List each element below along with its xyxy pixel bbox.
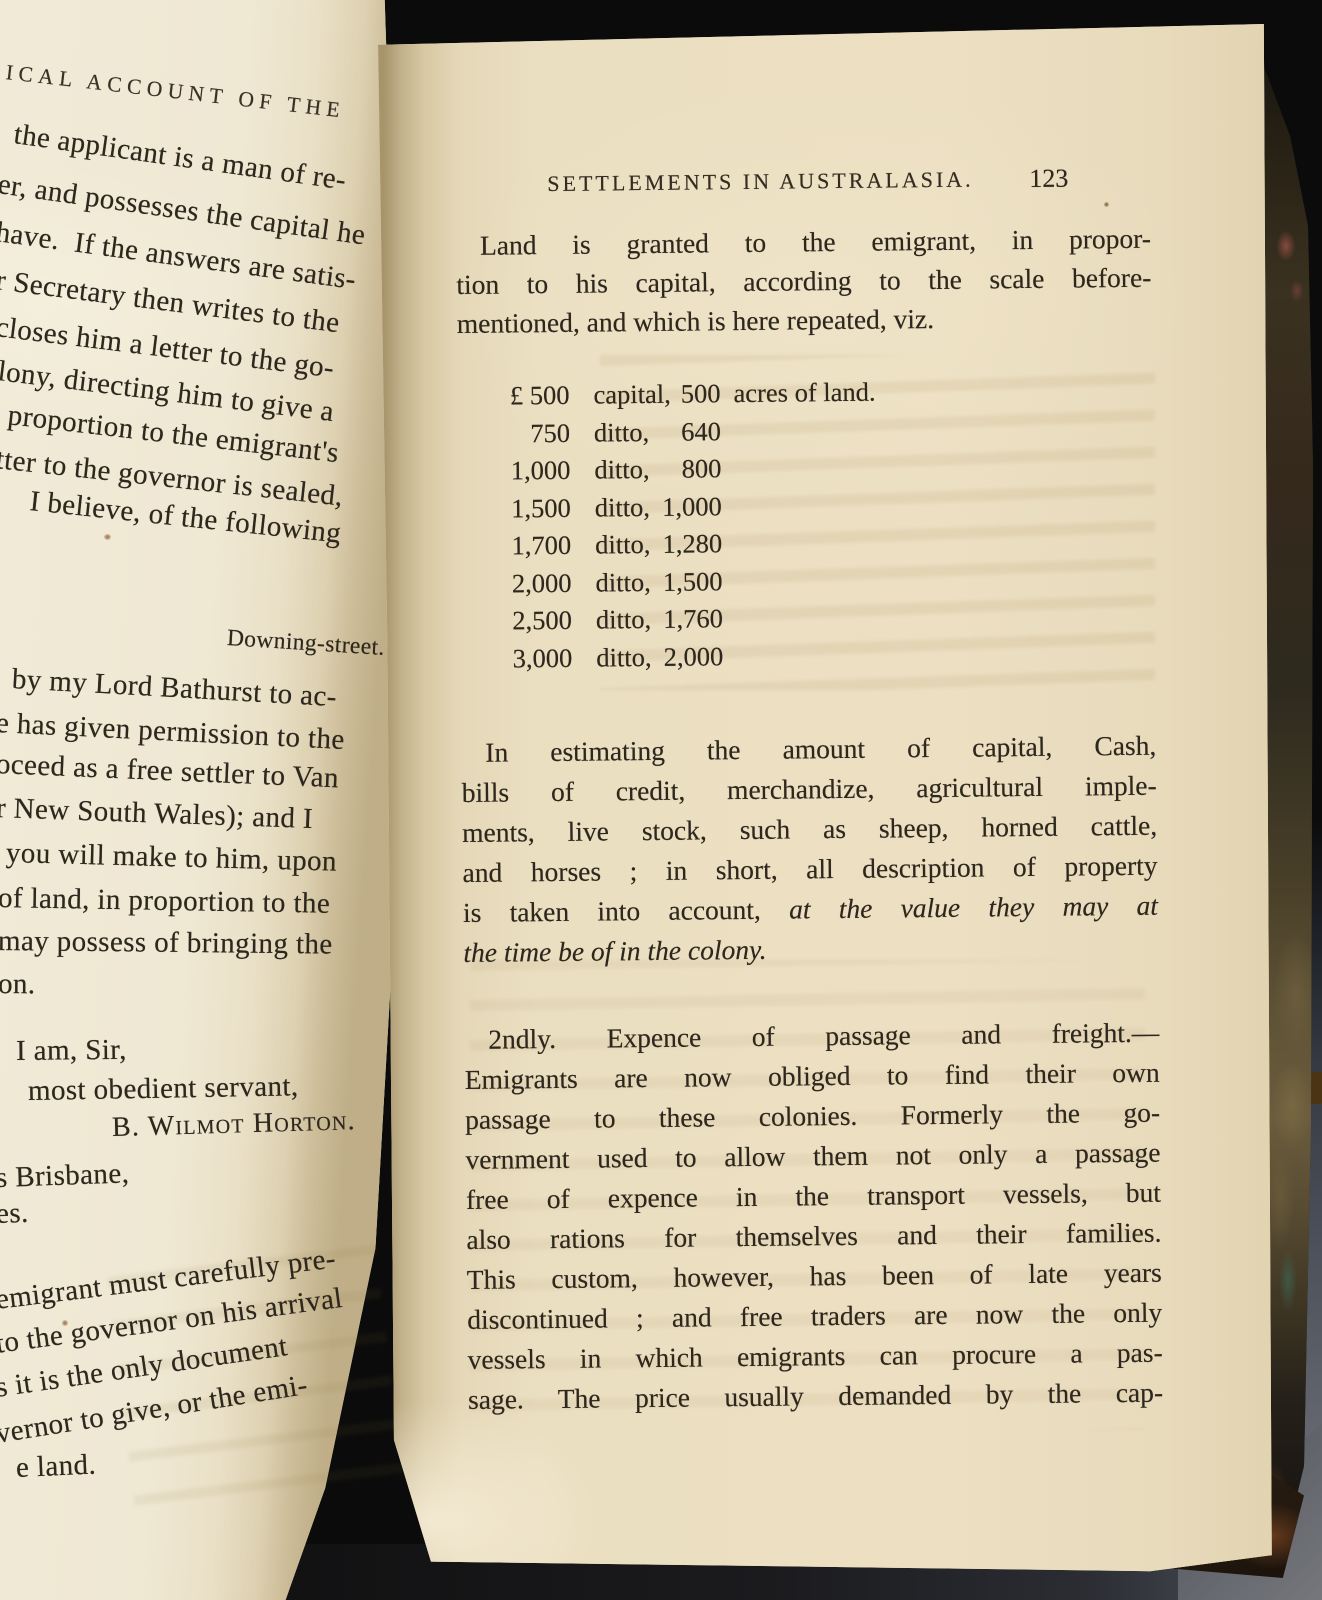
acres-cell: 640: [658, 413, 721, 451]
text-line: mentioned, and which is here repeated, v…: [457, 297, 1152, 343]
open-book-photo: ICAL ACCOUNT OF THE the applicant is a m…: [0, 0, 1322, 1600]
left-page-line: e land.: [15, 1449, 96, 1485]
text-line: the time be of in the colony.: [463, 926, 1158, 973]
right-page-text: SETTLEMENTS IN AUSTRALASIA. 123 Land is …: [455, 143, 1169, 1450]
kind-cell: ditto,: [595, 526, 659, 564]
capital-cell: 3,000: [460, 639, 572, 678]
kind-cell: ditto,: [594, 451, 658, 489]
kind-cell: capital,: [593, 376, 657, 414]
capital-cell: 2,500: [460, 602, 572, 641]
capital-cell: £ 500: [457, 377, 569, 416]
capital-cell: 750: [458, 414, 570, 453]
kind-cell: ditto,: [596, 601, 660, 639]
kind-cell: ditto,: [596, 638, 660, 676]
acres-cell: 1,280: [659, 525, 722, 563]
kind-cell: ditto,: [595, 563, 659, 601]
right-page-header: SETTLEMENTS IN AUSTRALASIA. 123: [455, 163, 1155, 200]
left-page-line: I am, Sir,: [16, 1034, 127, 1068]
left-page-line: es.: [0, 1197, 29, 1231]
capital-cell: 1,000: [458, 452, 570, 491]
foxing-spot: [104, 534, 111, 540]
left-page-line: most obedient servant,: [28, 1070, 299, 1108]
text-line: is taken into account, at the value they…: [463, 886, 1158, 933]
acres-cell: 1,760: [660, 600, 723, 638]
italic-text-run: at the value they may at: [789, 890, 1158, 925]
right-running-header: SETTLEMENTS IN AUSTRALASIA.: [547, 165, 974, 199]
acres-cell: 500: [657, 375, 720, 413]
text-line: tion to his capital, according to the sc…: [456, 258, 1151, 304]
land-grant-table: £ 500 capital, 500 acres of land. 750 di…: [457, 371, 1155, 678]
acres-cell: 1,000: [659, 488, 722, 526]
text-run: is taken into account,: [463, 894, 789, 928]
left-page-signature: B. Wilmot Horton.: [112, 1105, 357, 1144]
left-page-line: may possess of bringing the: [0, 925, 333, 962]
capital-cell: 2,000: [459, 564, 571, 603]
acres-cell: 1,500: [659, 563, 722, 601]
capital-cell: 1,700: [459, 527, 571, 566]
table-row: 3,000 ditto, 2,000: [460, 633, 1155, 678]
left-page-line: of land, in proportion to the: [0, 882, 330, 921]
paragraph-expence-of-passage: 2ndly. Expence of passage and freight.— …: [464, 1013, 1163, 1420]
left-page-line: s Brisbane,: [0, 1157, 130, 1195]
kind-cell: ditto,: [594, 413, 658, 451]
capital-cell: 1,500: [459, 489, 571, 528]
paragraph-estimating-capital: In estimating the amount of capital, Cas…: [461, 726, 1158, 973]
left-page-line: on.: [0, 968, 36, 1001]
page-number: 123: [1029, 164, 1068, 194]
text-line: sage. The price usually demanded by the …: [468, 1373, 1163, 1420]
acres-cell: 2,000: [660, 638, 723, 676]
paragraph-land-granted: Land is granted to the emigrant, in prop…: [456, 219, 1152, 343]
acres-cell: 800: [658, 450, 721, 488]
note-cell: acres of land.: [733, 374, 875, 413]
kind-cell: ditto,: [595, 488, 659, 526]
